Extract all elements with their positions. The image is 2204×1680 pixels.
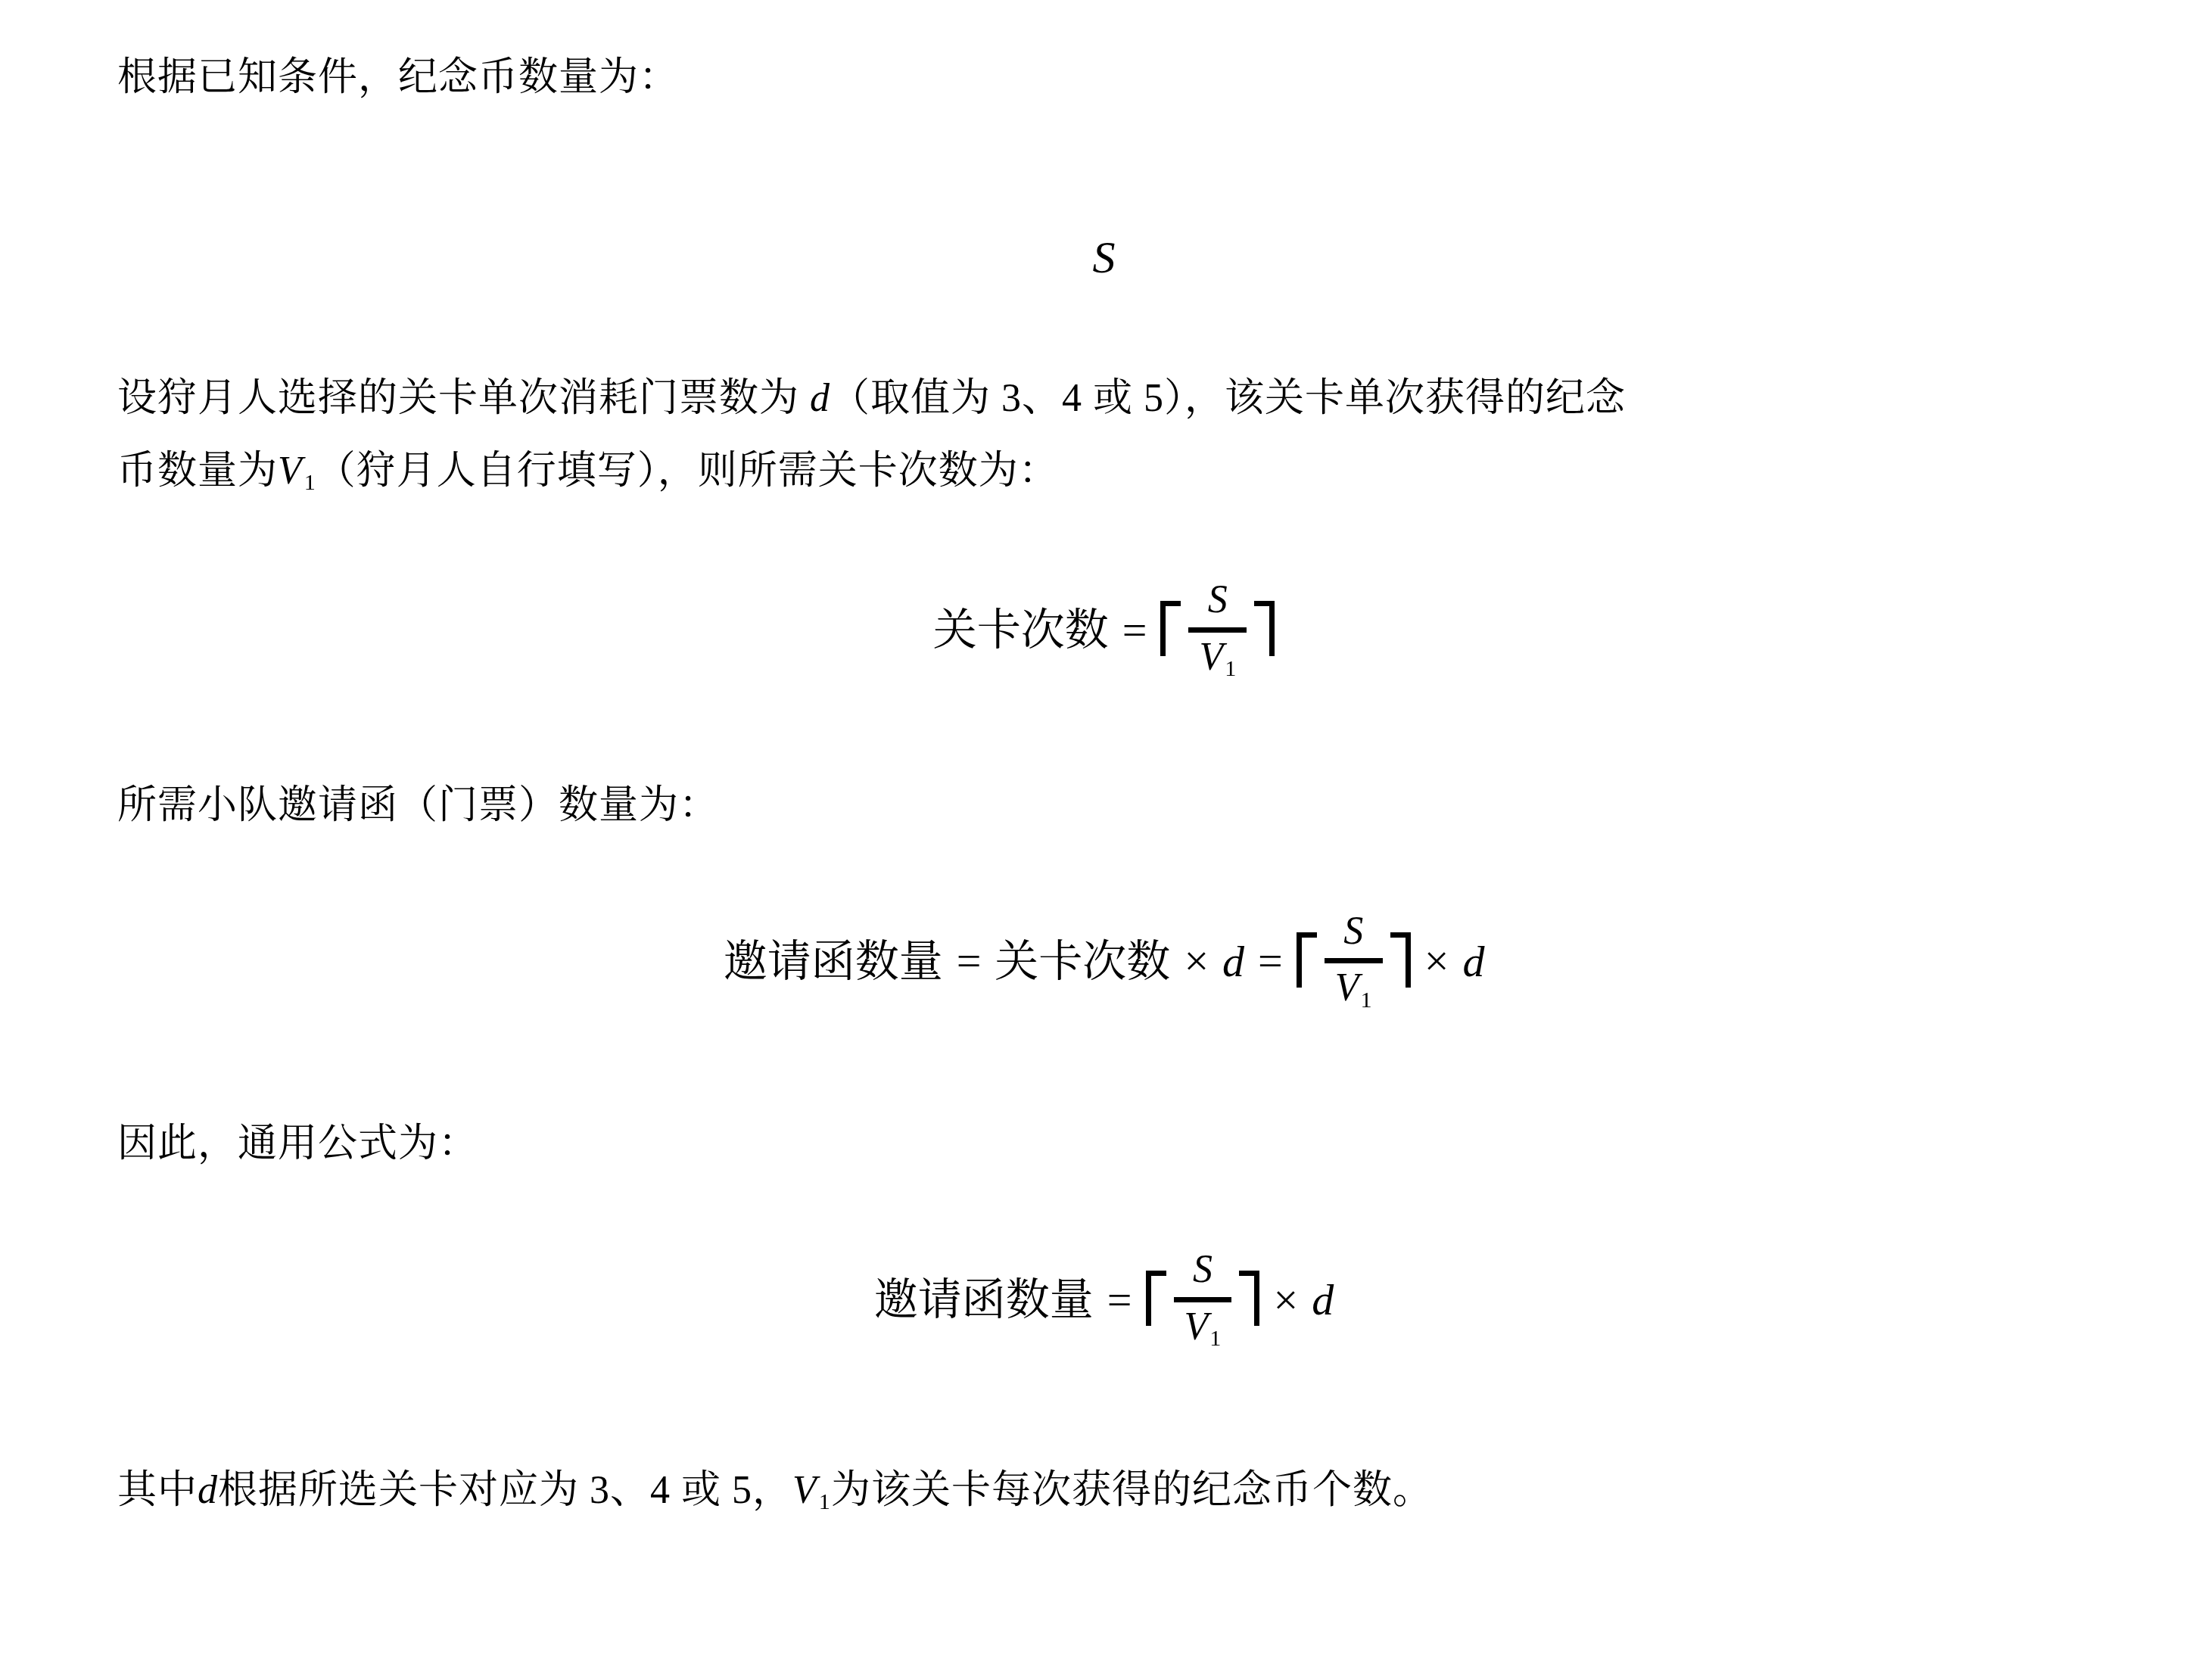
fraction-denominator-v1: V1 — [1188, 627, 1247, 682]
fraction-numerator-s: S — [1182, 1248, 1223, 1296]
text-segment: （取值为 3、4 或 5），该关卡单次获得的纪念 — [830, 377, 1626, 420]
left-ceiling-bracket — [1160, 601, 1181, 656]
formula-lhs-label: 邀请函数量 — [874, 1275, 1094, 1324]
formula-invites-general: 邀请函数量=SV1×d — [117, 1252, 2090, 1355]
document-page: 根据已知条件，纪念币数量为： S 设狩月人选择的关卡单次消耗门票数为 d（取值为… — [0, 0, 2204, 1680]
equals-sign: = — [957, 936, 982, 985]
fraction-s-over-v1: SV1 — [1188, 578, 1247, 681]
var-v: V — [278, 450, 303, 493]
right-ceiling-bracket — [1254, 601, 1275, 656]
left-ceiling-bracket — [1297, 932, 1317, 988]
paragraph-tickets-needed: 所需小队邀请函（门票）数量为： — [117, 770, 2090, 842]
fraction-denominator-v1: V1 — [1174, 1297, 1232, 1352]
fraction-s-over-v1: SV1 — [1325, 910, 1383, 1013]
equals-sign: = — [1122, 605, 1147, 655]
var-v: V — [1184, 1305, 1209, 1349]
right-ceiling-bracket — [1239, 1271, 1259, 1326]
var-d: d — [1462, 936, 1484, 985]
fraction-denominator-v1: V1 — [1325, 958, 1383, 1013]
var-s: S — [1093, 232, 1116, 282]
formula-lhs-label: 关卡次数 — [933, 605, 1109, 655]
paragraph-known-conditions: 根据已知条件，纪念币数量为： — [117, 42, 2090, 114]
formula-level-count: 关卡次数=SV1 — [117, 583, 2090, 686]
left-ceiling-bracket — [1146, 1271, 1166, 1326]
var-d: d — [810, 377, 830, 420]
var-d: d — [1312, 1275, 1334, 1324]
var-v-subscript: 1 — [1225, 655, 1236, 681]
paragraph-footnote: 其中d根据所选关卡对应为 3、4 或 5，V1为该关卡每次获得的纪念币个数。 — [117, 1454, 2090, 1538]
var-d: d — [1222, 936, 1244, 985]
var-v: V — [792, 1469, 817, 1512]
formula-total-coins: S — [117, 228, 2090, 287]
var-v-subscript: 1 — [819, 1489, 831, 1514]
paragraph-general-formula-intro: 因此，通用公式为： — [117, 1108, 2090, 1181]
level-count-label: 关卡次数 — [995, 936, 1170, 985]
text-segment: 设狩月人选择的关卡单次消耗门票数为 — [117, 377, 810, 420]
formula-invites-expanded: 邀请函数量=关卡次数×d=SV1×d — [117, 914, 2090, 1017]
var-v: V — [1335, 966, 1359, 1010]
text-segment: 币数量为 — [117, 450, 278, 493]
var-v: V — [1199, 636, 1223, 679]
multiplication-sign: × — [1273, 1275, 1298, 1324]
var-v-subscript: 1 — [304, 469, 316, 495]
equals-sign: = — [1258, 936, 1283, 985]
fraction-s-over-v1: SV1 — [1174, 1248, 1232, 1351]
formula-lhs-label: 邀请函数量 — [724, 936, 943, 985]
text-segment: 为该关卡每次获得的纪念币个数。 — [831, 1469, 1433, 1512]
text-segment: 根据所选关卡对应为 3、4 或 5， — [218, 1469, 792, 1512]
fraction-numerator-s: S — [1197, 578, 1238, 627]
var-v-subscript: 1 — [1361, 987, 1372, 1013]
equals-sign: = — [1107, 1275, 1132, 1324]
paragraph-setup: 设狩月人选择的关卡单次消耗门票数为 d（取值为 3、4 或 5），该关卡单次获得… — [117, 362, 2090, 518]
var-v-subscript: 1 — [1209, 1325, 1221, 1351]
right-ceiling-bracket — [1390, 932, 1411, 988]
var-d: d — [198, 1469, 218, 1512]
fraction-numerator-s: S — [1333, 910, 1374, 958]
text-segment: 其中 — [117, 1469, 198, 1512]
text-segment: （狩月人自行填写），则所需关卡次数为： — [316, 450, 1059, 493]
multiplication-sign: × — [1424, 936, 1449, 985]
multiplication-sign: × — [1184, 936, 1209, 985]
